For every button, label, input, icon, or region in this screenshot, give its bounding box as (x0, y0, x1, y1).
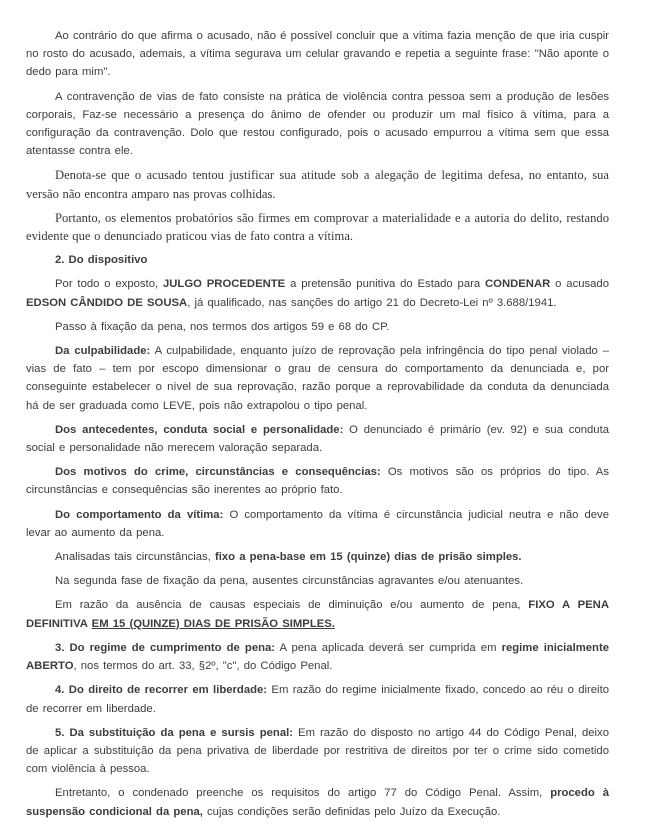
paragraph: Denota-se que o acusado tentou justifica… (26, 166, 609, 202)
text-run: 3. Do regime de cumprimento de pena: (55, 642, 275, 654)
text-run: EDSON CÂNDIDO DE SOUSA (26, 297, 187, 309)
text-run: Em razão da ausência de causas especiais… (55, 599, 528, 611)
text-run: fixo a pena-base em 15 (quinze) dias de … (215, 551, 522, 563)
text-run: EM 15 (QUINZE) DIAS DE PRISÃO SIMPLES. (92, 618, 335, 630)
paragraph: Do comportamento da vítima: O comportame… (26, 506, 609, 542)
text-run: 5. Da substituição da pena e sursis pena… (55, 727, 293, 739)
text-run: Dos motivos do crime, circunstâncias e c… (55, 466, 381, 478)
paragraph: Portanto, os elementos probatórios são f… (26, 209, 609, 245)
text-run: 2. Do dispositivo (55, 254, 147, 266)
text-run: Entretanto, o condenado preenche os requ… (55, 787, 550, 799)
text-run: a pretensão punitiva do Estado para (285, 278, 485, 290)
text-run: CONDENAR (485, 278, 550, 290)
text-run: JULGO PROCEDENTE (163, 278, 285, 290)
text-run: , nos termos do art. 33, §2º, "c", do Có… (74, 660, 333, 672)
paragraph: 3. Do regime de cumprimento de pena: A p… (26, 639, 609, 675)
paragraph: Da culpabilidade: A culpabilidade, enqua… (26, 342, 609, 415)
paragraph: 5. Da substituição da pena e sursis pena… (26, 724, 609, 779)
section-heading: 2. Do dispositivo (26, 251, 609, 269)
text-run: Do comportamento da vítima: (55, 509, 223, 521)
paragraph: 4. Do direito de recorrer em liberdade: … (26, 681, 609, 717)
paragraph: Analisadas tais circunstâncias, fixo a p… (26, 548, 609, 566)
paragraph: Na segunda fase de fixação da pena, ause… (26, 572, 609, 590)
text-run: 4. Do direito de recorrer em liberdade: (55, 684, 267, 696)
text-run: Na segunda fase de fixação da pena, ause… (55, 575, 523, 587)
paragraph: Ao contrário do que afirma o acusado, nã… (26, 27, 609, 82)
text-run: A pena aplicada deverá ser cumprida em (275, 642, 502, 654)
text-run: Dos antecedentes, conduta social e perso… (55, 424, 343, 436)
paragraph: Dos antecedentes, conduta social e perso… (26, 421, 609, 457)
text-run: Da culpabilidade: (55, 345, 150, 357)
text-run: o acusado (550, 278, 609, 290)
paragraph: Dos motivos do crime, circunstâncias e c… (26, 463, 609, 499)
text-run: Passo à fixação da pena, nos termos dos … (55, 321, 389, 333)
paragraph: Passo à fixação da pena, nos termos dos … (26, 318, 609, 336)
paragraph: Por todo o exposto, JULGO PROCEDENTE a p… (26, 275, 609, 311)
document-page: Ao contrário do que afirma o acusado, nã… (0, 0, 647, 826)
text-run: , já qualificado, nas sanções do artigo … (187, 297, 556, 309)
paragraph: A contravenção de vias de fato consiste … (26, 88, 609, 161)
paragraph: Entretanto, o condenado preenche os requ… (26, 784, 609, 820)
text-run: Analisadas tais circunstâncias, (55, 551, 215, 563)
text-run: Portanto, os elementos probatórios são f… (26, 211, 609, 243)
paragraph: Em razão da ausência de causas especiais… (26, 596, 609, 632)
text-run: cujas condições serão definidas pelo Juí… (203, 806, 501, 818)
text-run: Ao contrário do que afirma o acusado, nã… (26, 30, 609, 78)
text-run: Denota-se que o acusado tentou justifica… (26, 168, 609, 200)
text-run: Por todo o exposto, (55, 278, 163, 290)
document-body: Ao contrário do que afirma o acusado, nã… (26, 27, 609, 821)
text-run: A contravenção de vias de fato consiste … (26, 91, 609, 158)
